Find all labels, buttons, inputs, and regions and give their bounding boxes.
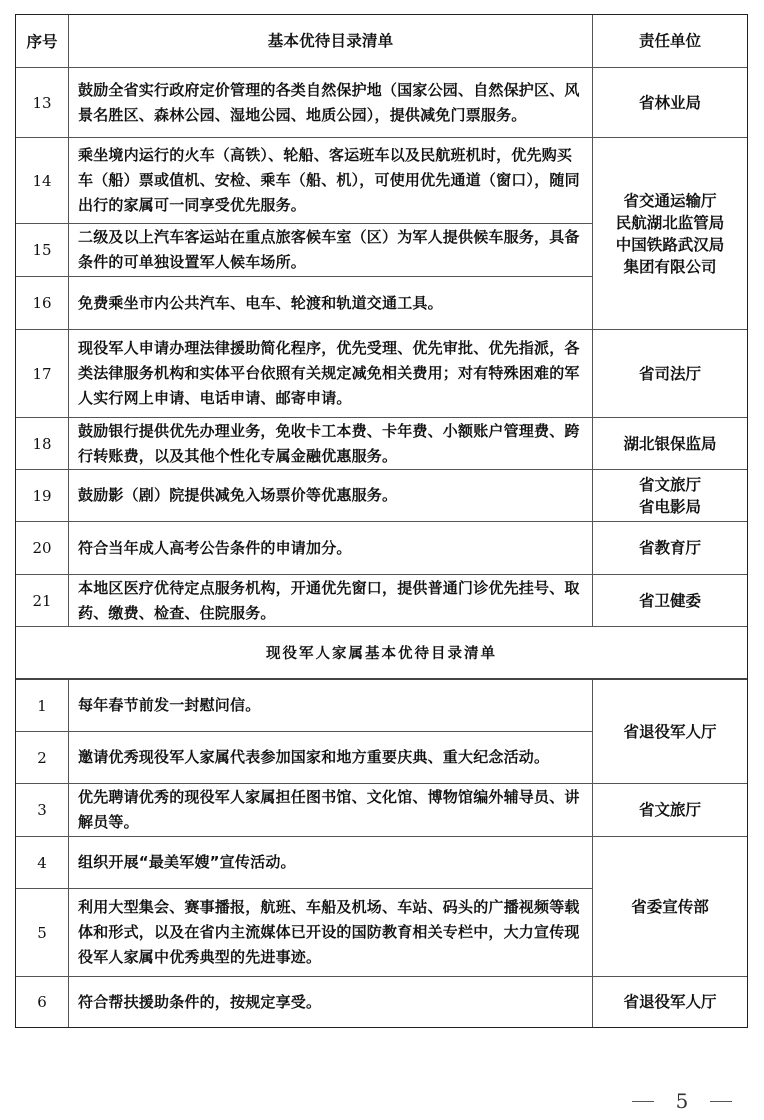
row-number: 19 [16, 470, 69, 521]
table-row: 6 符合帮扶援助条件的，按规定享受。 省退役军人厅 [16, 976, 747, 1027]
row-item: 本地区医疗优待定点服务机构，开通优先窗口，提供普通门诊优先挂号、取药、缴费、检查… [69, 575, 593, 626]
merged-unit-cell: 省交通运输厅 民航湖北监管局 中国铁路武汉局 集团有限公司 [593, 137, 747, 329]
row-unit: 省林业局 [593, 68, 747, 137]
table-row: 21 本地区医疗优待定点服务机构，开通优先窗口，提供普通门诊优先挂号、取药、缴费… [16, 574, 747, 626]
row-number: 20 [16, 522, 69, 574]
row-item: 免费乘坐市内公共汽车、电车、轮渡和轨道交通工具。 [69, 277, 593, 329]
row-number: 6 [16, 977, 69, 1027]
header-item: 基本优待目录清单 [69, 15, 593, 67]
row-number: 18 [16, 418, 69, 469]
benefits-table: 序号 基本优待目录清单 责任单位 13 鼓励全省实行政府定价管理的各类自然保护地… [15, 14, 748, 1028]
row-number: 17 [16, 330, 69, 417]
merged-unit-cell: 省委宣传部 [593, 836, 747, 976]
row-item: 鼓励银行提供优先办理业务，免收卡工本费、卡年费、小额账户管理费、跨行转账费，以及… [69, 418, 593, 469]
row-item: 鼓励影（剧）院提供减免入场票价等优惠服务。 [69, 470, 593, 521]
row-item: 符合帮扶援助条件的，按规定享受。 [69, 977, 593, 1027]
row-number: 16 [16, 277, 69, 329]
row-unit: 省退役军人厅 [593, 977, 747, 1027]
table-row: 19 鼓励影（剧）院提供减免入场票价等优惠服务。 省文旅厅 省电影局 [16, 469, 747, 521]
header-unit: 责任单位 [593, 15, 747, 67]
row-number: 5 [16, 889, 69, 976]
row-unit: 省卫健委 [593, 575, 747, 626]
merged-unit-cell: 省退役军人厅 [593, 678, 747, 783]
row-item: 组织开展“最美军嫂”宣传活动。 [69, 837, 593, 888]
row-unit: 省教育厅 [593, 522, 747, 574]
row-number: 2 [16, 732, 69, 783]
table-row: 3 优先聘请优秀的现役军人家属担任图书馆、文化馆、博物馆编外辅导员、讲解员等。 … [16, 783, 747, 836]
table-row: 17 现役军人申请办理法律援助简化程序，优先受理、优先审批、优先指派，各类法律服… [16, 329, 747, 417]
page-number: 5 [632, 1089, 732, 1113]
row-unit: 湖北银保监局 [593, 418, 747, 469]
row-item: 符合当年成人高考公告条件的申请加分。 [69, 522, 593, 574]
row-number: 21 [16, 575, 69, 626]
row-item: 现役军人申请办理法律援助简化程序，优先受理、优先审批、优先指派，各类法律服务机构… [69, 330, 593, 417]
row-number: 13 [16, 68, 69, 137]
dash-right [710, 1101, 732, 1102]
section-title-row: 现役军人家属基本优待目录清单 [16, 626, 747, 678]
page-number-text: 5 [676, 1089, 689, 1113]
table-row: 20 符合当年成人高考公告条件的申请加分。 省教育厅 [16, 521, 747, 574]
row-item: 利用大型集会、赛事播报，航班、车船及机场、车站、码头的广播视频等载体和形式，以及… [69, 889, 593, 976]
row-number: 1 [16, 680, 69, 731]
row-unit: 省文旅厅 省电影局 [593, 470, 747, 521]
row-item: 每年春节前发一封慰问信。 [69, 680, 593, 731]
row-item: 邀请优秀现役军人家属代表参加国家和地方重要庆典、重大纪念活动。 [69, 732, 593, 783]
row-item: 二级及以上汽车客运站在重点旅客候车室（区）为军人提供候车服务，具备条件的可单独设… [69, 224, 593, 276]
section-title: 现役军人家属基本优待目录清单 [16, 627, 747, 678]
row-number: 4 [16, 837, 69, 888]
row-number: 15 [16, 224, 69, 276]
row-item: 乘坐境内运行的火车（高铁）、轮船、客运班车以及民航班机时，优先购买车（船）票或值… [69, 138, 593, 223]
row-number: 3 [16, 784, 69, 836]
header-no: 序号 [16, 15, 69, 67]
row-item: 鼓励全省实行政府定价管理的各类自然保护地（国家公园、自然保护区、风景名胜区、森林… [69, 68, 593, 137]
row-item: 优先聘请优秀的现役军人家属担任图书馆、文化馆、博物馆编外辅导员、讲解员等。 [69, 784, 593, 836]
row-number: 14 [16, 138, 69, 223]
dash-left [632, 1101, 654, 1102]
row-unit: 省文旅厅 [593, 784, 747, 836]
table-row: 18 鼓励银行提供优先办理业务，免收卡工本费、卡年费、小额账户管理费、跨行转账费… [16, 417, 747, 469]
table-header-row: 序号 基本优待目录清单 责任单位 [16, 15, 747, 67]
table-row: 13 鼓励全省实行政府定价管理的各类自然保护地（国家公园、自然保护区、风景名胜区… [16, 67, 747, 137]
row-unit: 省司法厅 [593, 330, 747, 417]
